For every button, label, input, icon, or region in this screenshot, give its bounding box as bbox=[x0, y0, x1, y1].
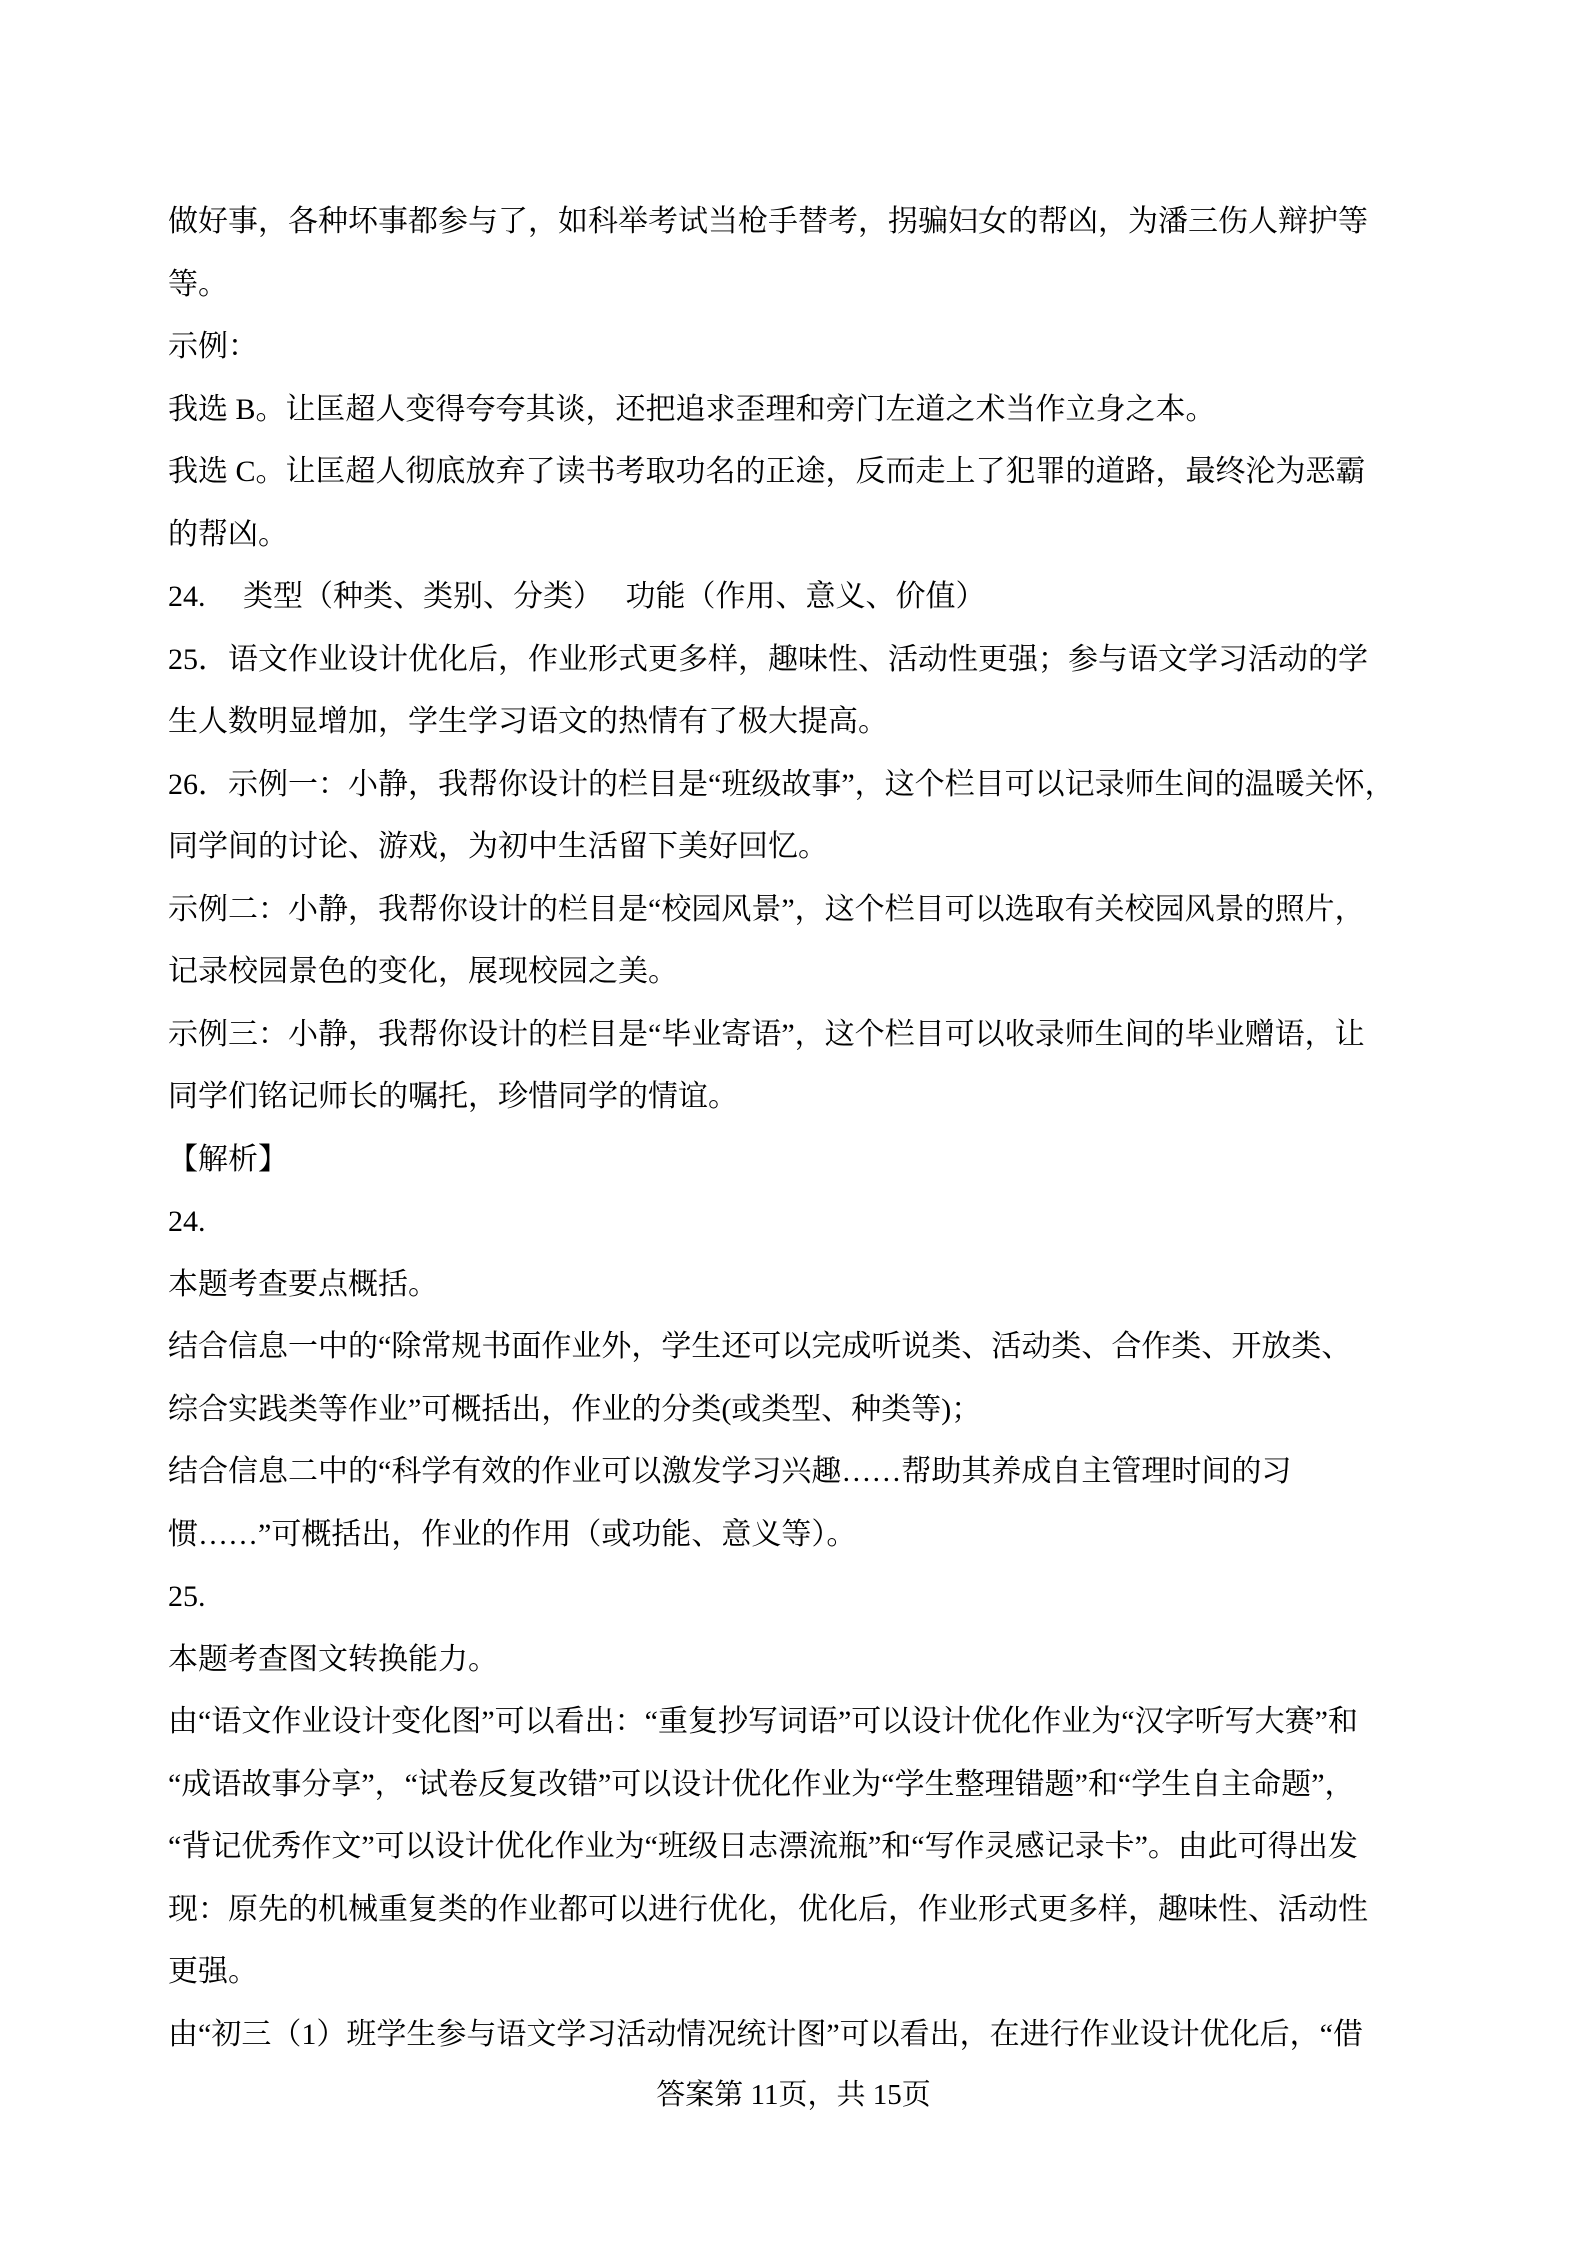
text-line: 【解析】 bbox=[168, 1129, 1350, 1192]
text-line: 24. bbox=[168, 1191, 1350, 1254]
text-line: 25．语文作业设计优化后，作业形式更多样，趣味性、活动性更强；参与语文学习活动的… bbox=[168, 629, 1350, 692]
text-line: 惯……”可概括出，作业的作用（或功能、意义等）。 bbox=[168, 1504, 1350, 1567]
page-number-text: 答案第 11页，共 15页 bbox=[656, 2079, 930, 2111]
text-line: 同学间的讨论、游戏，为初中生活留下美好回忆。 bbox=[168, 816, 1350, 879]
text-line: 记录校园景色的变化，展现校园之美。 bbox=[168, 941, 1350, 1004]
document-body: 做好事，各种坏事都参与了，如科举考试当枪手替考，拐骗妇女的帮凶，为潘三伤人辩护等… bbox=[168, 191, 1350, 2066]
text-line: 结合信息一中的“除常规书面作业外，学生还可以完成听说类、活动类、合作类、开放类、 bbox=[168, 1316, 1350, 1379]
text-line: 等。 bbox=[168, 254, 1350, 317]
text-line: 示例二：小静，我帮你设计的栏目是“校园风景”，这个栏目可以选取有关校园风景的照片… bbox=[168, 879, 1350, 942]
text-line: 示例三：小静，我帮你设计的栏目是“毕业寄语”，这个栏目可以收录师生间的毕业赠语，… bbox=[168, 1004, 1350, 1067]
text-line: 同学们铭记师长的嘱托，珍惜同学的情谊。 bbox=[168, 1066, 1350, 1129]
text-line: 结合信息二中的“科学有效的作业可以激发学习兴趣……帮助其养成自主管理时间的习 bbox=[168, 1441, 1350, 1504]
text-line: 做好事，各种坏事都参与了，如科举考试当枪手替考，拐骗妇女的帮凶，为潘三伤人辩护等 bbox=[168, 191, 1350, 254]
page-footer: 答案第 11页，共 15页 bbox=[0, 2064, 1587, 2126]
text-line: 本题考查要点概括。 bbox=[168, 1254, 1350, 1317]
text-line: 由“初三（1）班学生参与语文学习活动情况统计图”可以看出，在进行作业设计优化后，… bbox=[168, 2004, 1350, 2067]
text-line: 现：原先的机械重复类的作业都可以进行优化，优化后，作业形式更多样，趣味性、活动性 bbox=[168, 1879, 1350, 1942]
text-line: 示例： bbox=[168, 316, 1350, 379]
text-line: 的帮凶。 bbox=[168, 504, 1350, 567]
text-line: 生人数明显增加，学生学习语文的热情有了极大提高。 bbox=[168, 691, 1350, 754]
text-line: “成语故事分享”，“试卷反复改错”可以设计优化作业为“学生整理错题”和“学生自主… bbox=[168, 1754, 1350, 1817]
text-line: 我选 B。让匡超人变得夸夸其谈，还把追求歪理和旁门左道之术当作立身之本。 bbox=[168, 379, 1350, 442]
text-line: 24. 类型（种类、类别、分类） 功能（作用、意义、价值） bbox=[168, 566, 1350, 629]
text-line: 我选 C。让匡超人彻底放弃了读书考取功名的正途，反而走上了犯罪的道路，最终沦为恶… bbox=[168, 441, 1350, 504]
document-page: 做好事，各种坏事都参与了，如科举考试当枪手替考，拐骗妇女的帮凶，为潘三伤人辩护等… bbox=[0, 0, 1587, 2245]
text-line: 26．示例一：小静，我帮你设计的栏目是“班级故事”，这个栏目可以记录师生间的温暖… bbox=[168, 754, 1350, 817]
text-line: “背记优秀作文”可以设计优化作业为“班级日志漂流瓶”和“写作灵感记录卡”。由此可… bbox=[168, 1816, 1350, 1879]
text-line: 25. bbox=[168, 1566, 1350, 1629]
text-line: 综合实践类等作业”可概括出，作业的分类(或类型、种类等)； bbox=[168, 1379, 1350, 1442]
text-line: 更强。 bbox=[168, 1941, 1350, 2004]
text-line: 由“语文作业设计变化图”可以看出：“重复抄写词语”可以设计优化作业为“汉字听写大… bbox=[168, 1691, 1350, 1754]
text-line: 本题考查图文转换能力。 bbox=[168, 1629, 1350, 1692]
